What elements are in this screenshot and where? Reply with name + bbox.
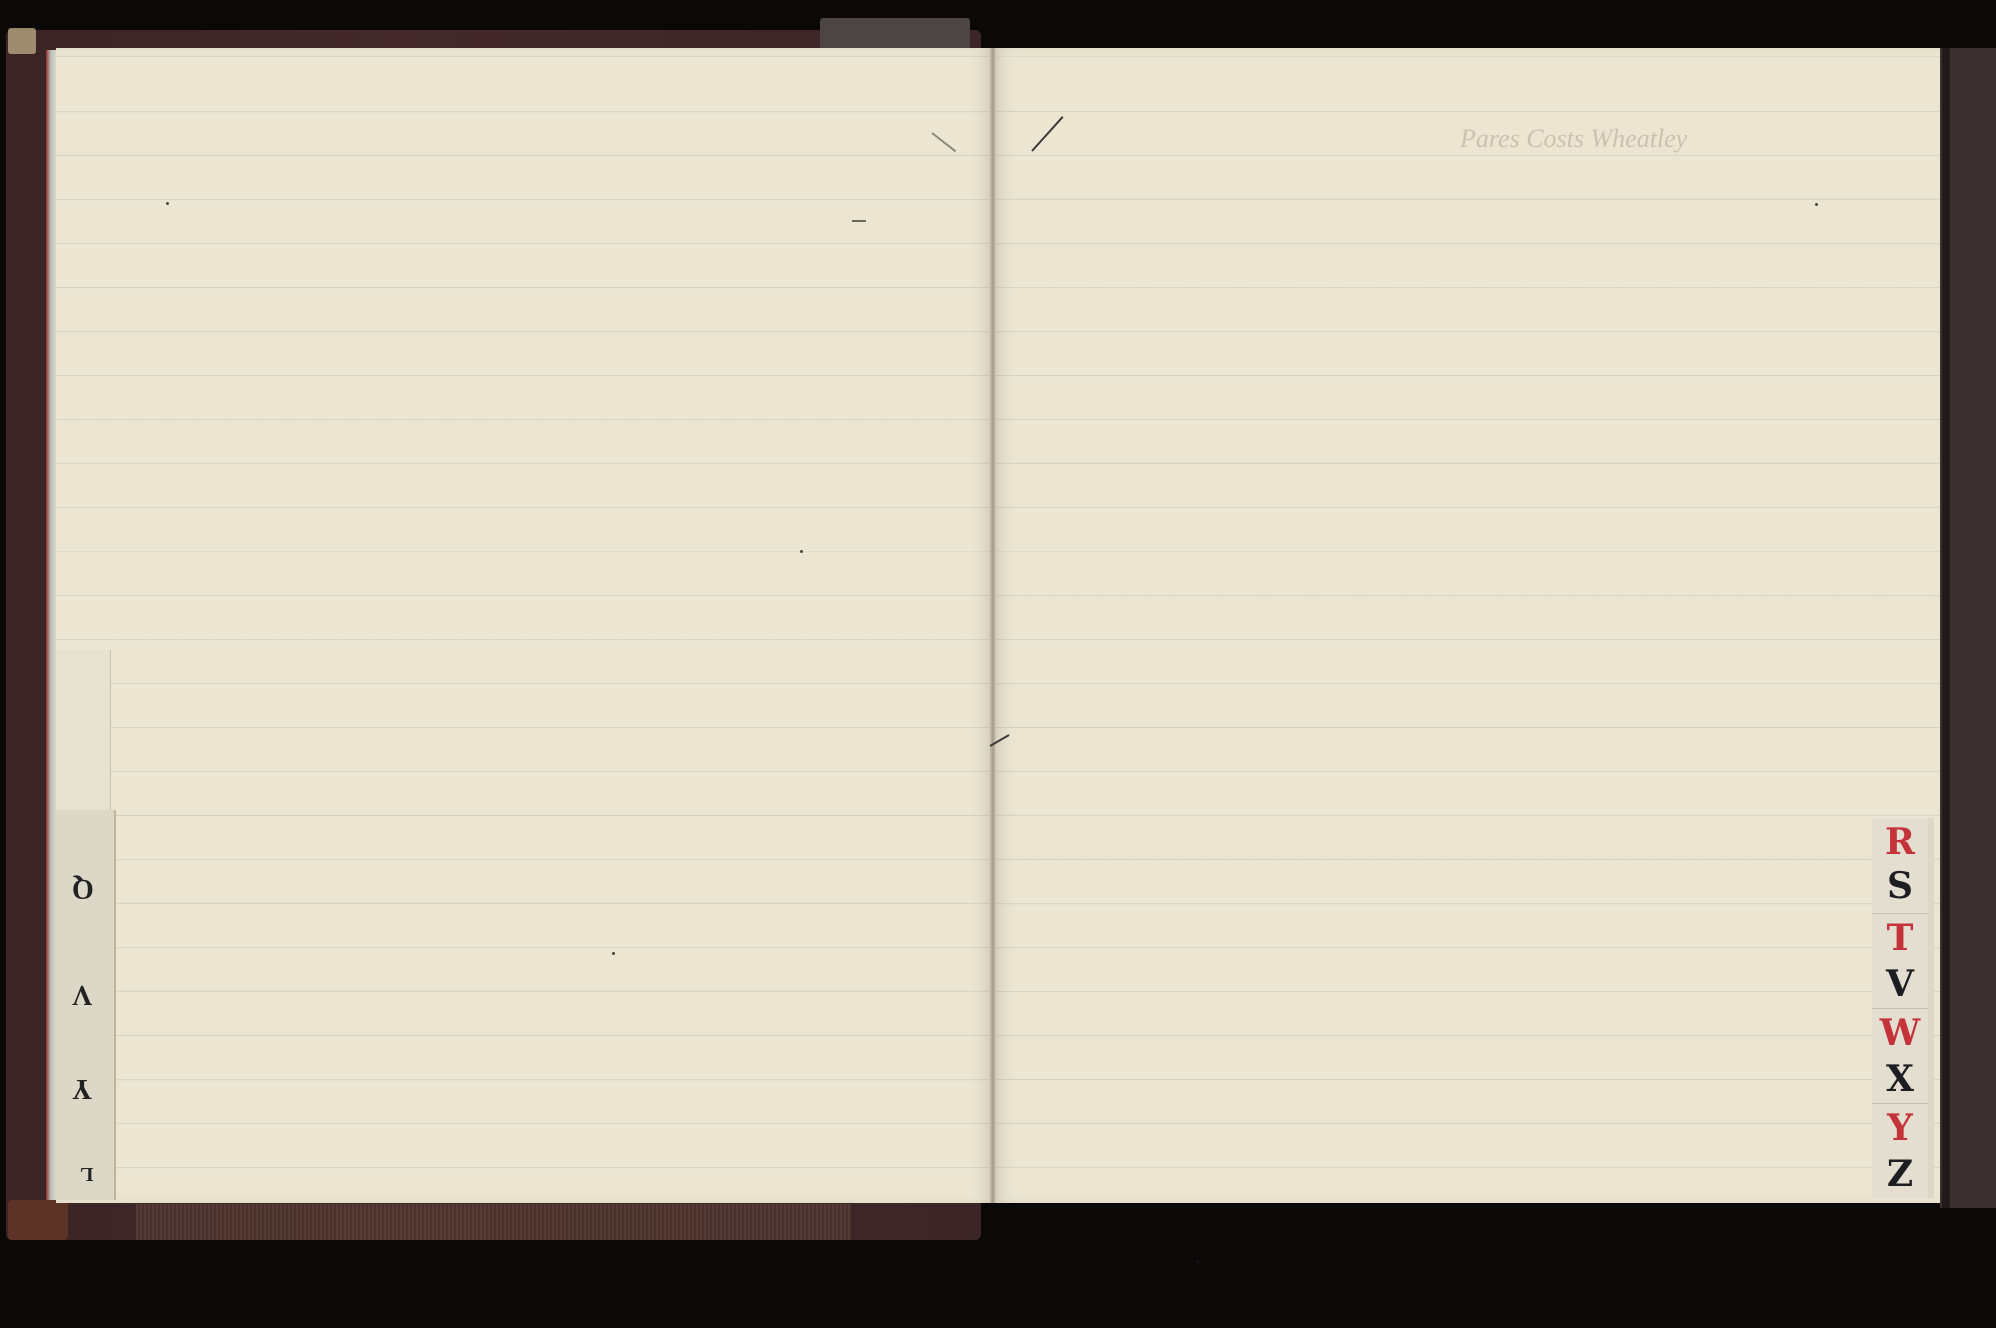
tab-mark: L	[80, 1162, 93, 1185]
paper-speck	[612, 952, 615, 955]
cover-corner-wear	[8, 1200, 68, 1240]
tab-letter-x: X	[1872, 1057, 1928, 1101]
index-tab-tv[interactable]: T V	[1872, 913, 1928, 1009]
faint-inscription: Pares Costs Wheatley	[1460, 124, 1687, 154]
paper-speck	[166, 202, 169, 205]
tab-letter-w: W	[1872, 1011, 1928, 1055]
left-tab-upper	[56, 650, 111, 810]
index-tab-yz[interactable]: Y Z	[1872, 1103, 1928, 1199]
tab-mark: V	[72, 978, 92, 1010]
tab-letter-s: S	[1872, 864, 1928, 908]
index-tab-rs[interactable]: R S	[1872, 818, 1928, 913]
cover-corner-tear	[8, 28, 36, 54]
tab-letter-r: R	[1872, 820, 1928, 864]
tab-letter-z: Z	[1872, 1152, 1928, 1196]
paper-speck	[800, 550, 803, 553]
tab-letter-t: T	[1872, 916, 1928, 960]
index-tabs: R S T V W X Y Z	[1872, 818, 1934, 1198]
cover-right-edge	[1942, 48, 1950, 1208]
right-page	[992, 48, 1940, 1203]
tab-mark: Q	[72, 872, 94, 904]
left-tab-strip[interactable]: Q V Y L	[56, 810, 116, 1200]
paper-speck	[1815, 203, 1818, 206]
tab-letter-v: V	[1872, 962, 1928, 1006]
cover-cloth-edge	[136, 1204, 851, 1240]
index-tab-wx[interactable]: W X	[1872, 1008, 1928, 1104]
tab-mark: Y	[72, 1072, 92, 1104]
pen-dash	[852, 220, 866, 222]
book-gutter	[990, 48, 996, 1203]
tab-letter-y: Y	[1872, 1106, 1928, 1150]
